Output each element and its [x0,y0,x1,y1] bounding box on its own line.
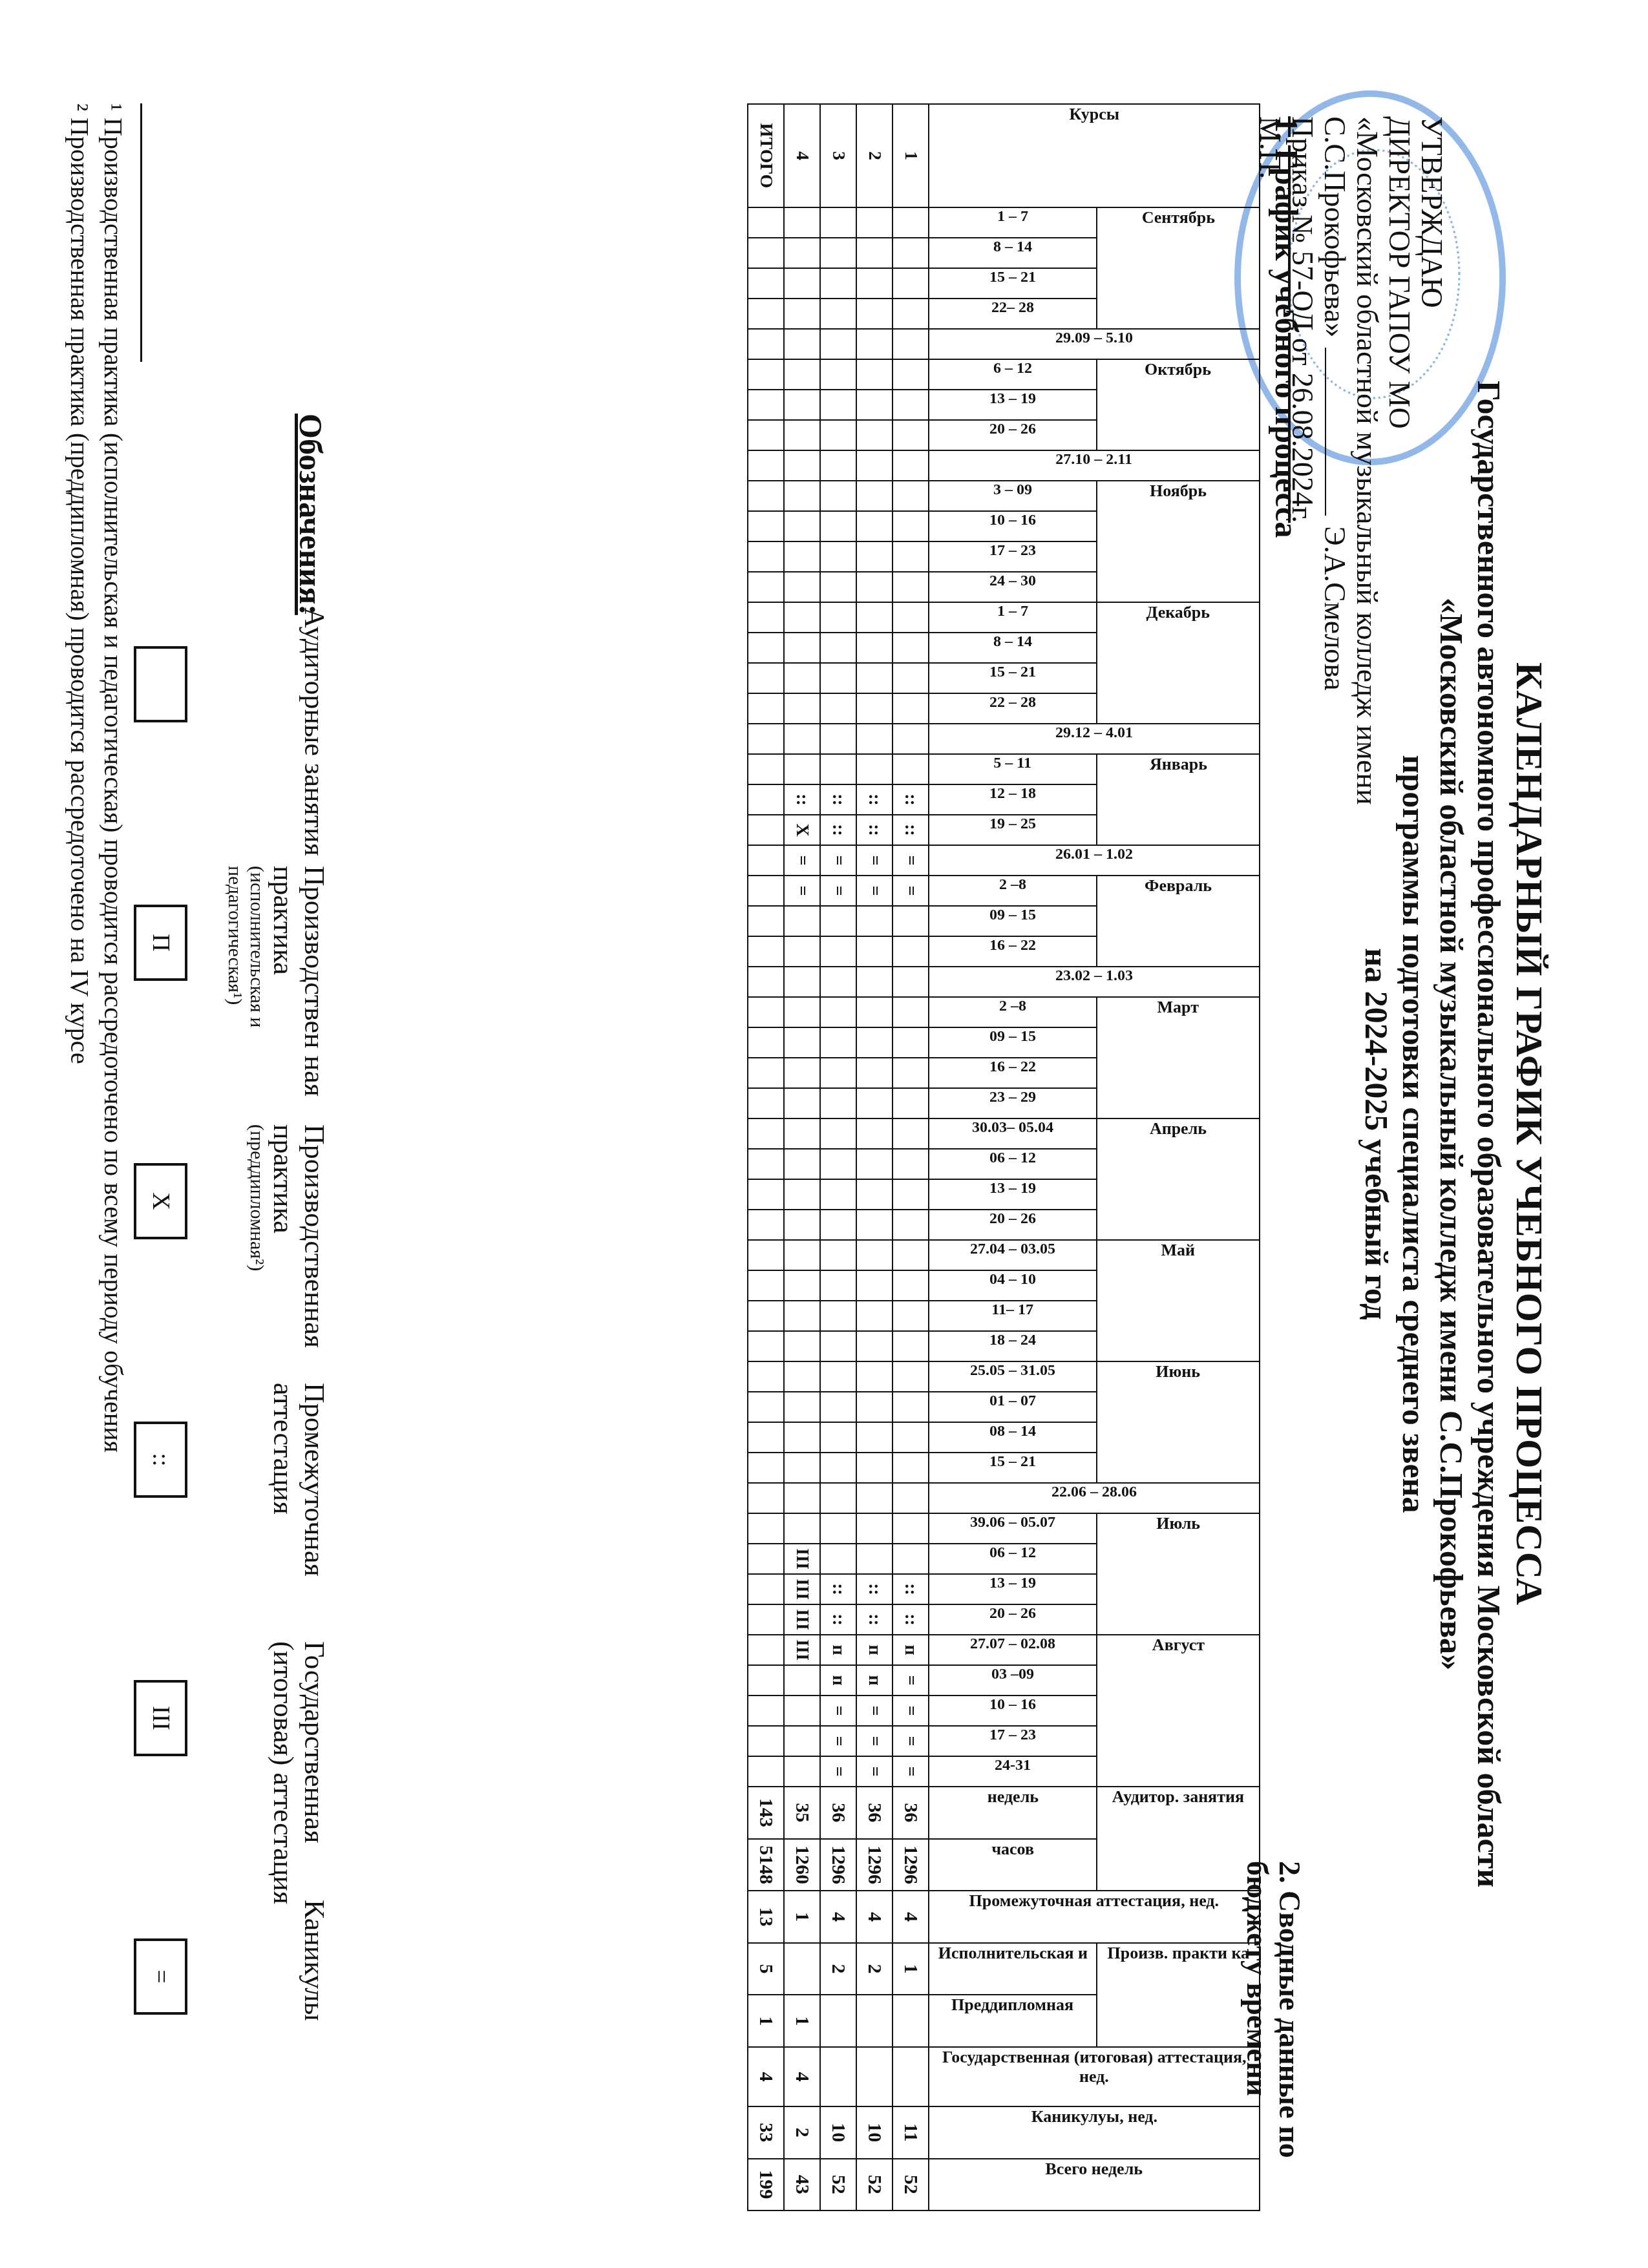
week-header: 18 – 24 [929,1331,1097,1361]
schedule-cell [748,1574,784,1604]
footnote: ² Производственная практика (преддипломн… [63,103,96,1453]
subtitle-line: Государственного автономного профессиона… [1470,0,1508,2268]
schedule-cell [893,724,929,754]
schedule-cell [893,238,929,268]
week-label: 29.12 – 4.01 [1055,724,1133,742]
week-label: 27.10 – 2.11 [1056,451,1133,468]
summary-value: 52 [856,2159,893,2211]
document-title: КАЛЕНДАРНЫЙ ГРАФИК УЧЕБНОГО ПРОЦЕССА [1508,0,1551,2268]
month-header: Ноябрь [1097,481,1260,602]
schedule-cell: :: [820,1604,856,1635]
schedule-cell [784,450,820,481]
schedule-cell [748,876,784,906]
schedule-cell [784,602,820,633]
schedule-cell [856,1210,893,1240]
schedule-cell [784,1453,820,1483]
schedule-cell [893,633,929,663]
schedule-cell: = [893,876,929,906]
week-header: 20 – 26 [929,420,1097,450]
schedule-cell [893,1149,929,1179]
course-row: 3::::==::::пп===361296421052 [820,104,856,2210]
schedule-cell [748,754,784,784]
schedule-cell [820,997,856,1027]
schedule-cell: = [784,876,820,906]
summary-value: 1260 [784,1839,820,1891]
schedule-cell [856,1422,893,1453]
schedule-cell [748,1696,784,1726]
summary-value: 36 [856,1787,893,1839]
schedule-cell [748,207,784,238]
schedule-cell: = [856,1756,893,1787]
schedule-cell [748,906,784,936]
summary-col-header: недель [929,1787,1097,1839]
footnote-divider [140,103,142,362]
schedule-cell [856,329,893,359]
month-header: Январь [1097,754,1260,845]
summary-value: 2 [820,1943,856,1995]
schedule-cell [748,1665,784,1696]
week-header: 39.06 – 05.07 [929,1513,1097,1544]
summary-col-header: Промежуточная аттестация, нед. [929,1891,1260,1943]
schedule-cell [748,1422,784,1453]
summary-value: 5 [748,1943,784,1995]
approval-signature-line: С.С.Прокофьева»Э.А.Смелова [1318,116,1351,805]
schedule-cell [784,1301,820,1331]
schedule-cell [820,906,856,936]
schedule-cell [893,268,929,299]
summary-value: 33 [748,2106,784,2159]
schedule-cell [784,390,820,420]
schedule-cell [820,268,856,299]
schedule-cell [820,663,856,693]
legend-label: Государственная (итоговая) аттестация [268,1641,330,1904]
schedule-cell [748,299,784,329]
schedule-cell [856,1240,893,1270]
schedule-cell [856,1118,893,1149]
summary-value: 35 [784,1787,820,1839]
schedule-cell [748,602,784,633]
summary-value [893,2047,929,2106]
schedule-cell [893,1240,929,1270]
approval-line: ДИРЕКТОР ГАПОУ МО [1383,116,1415,805]
schedule-cell [748,936,784,967]
schedule-cell [784,511,820,541]
signer-name: Э.А.Смелова [1318,526,1351,690]
schedule-cell [784,754,820,784]
schedule-cell [748,450,784,481]
schedule-cell [893,967,929,997]
schedule-cell [856,754,893,784]
week-header: 20 – 26 [929,1604,1097,1635]
schedule-cell [856,207,893,238]
legend-item: Промежуточная аттестация [268,1383,330,1667]
schedule-cell [748,1604,784,1635]
schedule-cell: :: [784,784,820,815]
schedule-cell [784,693,820,724]
schedule-cell: = [856,1726,893,1756]
week-header: 23 – 29 [929,1088,1097,1118]
summary-value: 2 [784,2106,820,2159]
schedule-cell [784,936,820,967]
total-row: ИТОГО14351481351433199 [748,104,784,2210]
schedule-cell [893,1027,929,1058]
month-label: Январь [1150,755,1207,774]
schedule-cell: = [893,1726,929,1756]
schedule-cell [820,511,856,541]
legend-item: Аудиторные занятия [299,607,330,892]
legend-label: Производственная практика [268,1124,330,1348]
week-header: 09 – 15 [929,906,1097,936]
summary-value: 2 [856,1943,893,1995]
schedule-cell [748,359,784,390]
summary-value: 1 [748,1995,784,2047]
schedule-cell [820,1270,856,1301]
schedule-cell [820,1453,856,1483]
schedule-cell [893,1483,929,1513]
month-label: Апрель [1150,1119,1207,1139]
schedule-cell [856,541,893,572]
schedule-cell [820,1361,856,1392]
summary-value: 36 [820,1787,856,1839]
summary-value: 52 [820,2159,856,2211]
schedule-cell [748,390,784,420]
schedule-cell [856,1301,893,1331]
week-header: 10 – 16 [929,1696,1097,1726]
footnote: ¹ Производственная практика (исполнитель… [96,103,130,1453]
schedule-cell: III [784,1635,820,1665]
schedule-cell [784,1331,820,1361]
course-label: ИТОГО [748,104,784,207]
schedule-cell [893,299,929,329]
schedule-cell: :: [893,784,929,815]
schedule-cell [748,1118,784,1149]
schedule-cell [893,511,929,541]
schedule-cell: = [856,876,893,906]
schedule-cell [784,481,820,511]
week-header: 01 – 07 [929,1392,1097,1422]
schedule-cell [893,329,929,359]
schedule-cell [893,936,929,967]
summary-col-header: Всего недель [929,2159,1260,2211]
week-header: 13 – 19 [929,390,1097,420]
schedule-cell: = [784,845,820,876]
schedule-cell [748,329,784,359]
schedule-cell [820,1210,856,1240]
summary-value: 1296 [893,1839,929,1891]
schedule-cell [748,1058,784,1088]
schedule-cell [820,1179,856,1210]
schedule-cell [856,997,893,1027]
summary-group-practice: Произв. практи ка [1097,1943,1260,2047]
month-label: Декабрь [1146,603,1210,622]
schedule-cell: п [856,1665,893,1696]
schedule-cell: III [784,1574,820,1604]
schedule-cell: = [820,1696,856,1726]
schedule-cell [856,967,893,997]
schedule-cell [748,815,784,845]
summary-value [856,1995,893,2047]
week-header: 13 – 19 [929,1574,1097,1604]
schedule-cell [748,1756,784,1787]
schedule-cell [820,390,856,420]
schedule-cell [856,481,893,511]
schedule-cell [856,1331,893,1361]
schedule-cell [893,1331,929,1361]
schedule-cell [820,693,856,724]
schedule-cell [748,1726,784,1756]
schedule-cell: = [820,876,856,906]
summary-value: 10 [856,2106,893,2159]
summary-value: 4 [784,2047,820,2106]
schedule-cell [784,1210,820,1240]
week-header: 06 – 12 [929,1544,1097,1574]
schedule-cell [893,1544,929,1574]
transition-week-header: 23.02 – 1.03 [929,967,1260,997]
legend-label: Каникулы [299,1900,330,2021]
footnotes: ¹ Производственная практика (исполнитель… [63,103,142,1453]
schedule-cell [784,1270,820,1301]
summary-group-auditory: Аудитор. занятия [1097,1787,1260,1891]
month-label: Февраль [1145,876,1212,896]
course-label: 1 [893,104,929,207]
schedule-cell [856,1149,893,1179]
schedule-cell [748,633,784,663]
schedule-cell: :: [893,1604,929,1635]
schedule-cell [856,693,893,724]
schedule-cell [820,754,856,784]
schedule-cell [893,1392,929,1422]
week-header: 27.04 – 03.05 [929,1240,1097,1270]
schedule-cell [893,1422,929,1453]
summary-value [820,2047,856,2106]
schedule-cell [856,238,893,268]
legend-label: Производствен ная практика [268,866,330,1097]
schedule-cell [784,1392,820,1422]
week-header: 5 – 11 [929,754,1097,784]
schedule-cell [784,1179,820,1210]
schedule-cell [748,1635,784,1665]
week-header: 16 – 22 [929,936,1097,967]
schedule-cell [784,1118,820,1149]
month-label: Июль [1156,1514,1200,1533]
schedule-cell [748,967,784,997]
schedule-cell [748,481,784,511]
schedule-cell [748,997,784,1027]
summary-col-header: Исполнительская и [929,1943,1097,1995]
schedule-cell [784,207,820,238]
schedule-cell [784,238,820,268]
schedule-cell [893,1058,929,1088]
schedule-cell [748,1270,784,1301]
summary-value: 10 [820,2106,856,2159]
schedule-table: КурсыСентябрь29.09 – 5.10Октябрь27.10 – … [747,103,1260,2211]
week-label: 22.06 – 28.06 [1051,1484,1137,1501]
week-label: 29.09 – 5.10 [1055,330,1133,347]
legend-heading: Обозначения: [292,414,330,615]
schedule-cell [856,724,893,754]
schedule-cell [893,207,929,238]
month-header: Октябрь [1097,359,1260,450]
schedule-cell [748,1453,784,1483]
schedule-cell: :: [820,1574,856,1604]
month-header: Июль [1097,1513,1260,1635]
schedule-cell [748,1483,784,1513]
schedule-cell [856,359,893,390]
schedule-cell [856,663,893,693]
schedule-cell [820,1544,856,1574]
summary-value: 4 [893,1891,929,1943]
schedule-cell [784,299,820,329]
legend-item: Производствен ная практика(исполнительск… [224,866,330,1150]
schedule-cell [784,1058,820,1088]
schedule-cell [784,572,820,602]
schedule-cell [820,481,856,511]
summary-col-header: часов [929,1839,1097,1891]
schedule-cell [784,1027,820,1058]
schedule-cell [893,481,929,511]
schedule-cell [856,1088,893,1118]
schedule-cell [856,936,893,967]
schedule-cell [784,906,820,936]
schedule-cell [748,572,784,602]
schedule-cell: = [856,1696,893,1726]
legend-symbol-box: = [134,1938,187,2015]
week-header: 10 – 16 [929,511,1097,541]
schedule-cell [748,1331,784,1361]
approval-line: УТВЕРЖДАЮ [1415,116,1448,805]
month-header: Август [1097,1635,1260,1787]
summary-value [856,2047,893,2106]
week-header: 15 – 21 [929,1453,1097,1483]
summary-value: 4 [748,2047,784,2106]
schedule-cell [820,602,856,633]
summary-value: 4 [820,1891,856,1943]
schedule-cell [856,602,893,633]
schedule-cell [820,299,856,329]
week-header: 17 – 23 [929,541,1097,572]
approval-line: «Московский областной музыкальный коллед… [1351,116,1383,805]
week-header: 22– 28 [929,299,1097,329]
schedule-cell [784,633,820,663]
schedule-cell: III [784,1604,820,1635]
schedule-cell [748,1513,784,1544]
schedule-cell [856,1453,893,1483]
month-label: Сентябрь [1141,208,1214,227]
month-header: Июнь [1097,1361,1260,1483]
schedule-cell: :: [893,1574,929,1604]
schedule-cell [748,1240,784,1270]
schedule-cell [784,997,820,1027]
schedule-cell [784,724,820,754]
summary-value: 43 [784,2159,820,2211]
schedule-cell [748,1361,784,1392]
schedule-cell: п [820,1635,856,1665]
schedule-cell [893,602,929,633]
schedule-cell [856,450,893,481]
schedule-cell [856,1513,893,1544]
schedule-cell [784,541,820,572]
month-header: Апрель [1097,1118,1260,1240]
schedule-cell [784,1696,820,1726]
month-label: Октябрь [1145,360,1212,379]
course-row: 4::Х==IIIIIIIIIIII351260114243 [784,104,820,2210]
schedule-cell [820,207,856,238]
schedule-cell [893,663,929,693]
week-header: 1 – 7 [929,602,1097,633]
month-label: Март [1157,998,1199,1017]
week-header: 30.03– 05.04 [929,1118,1097,1149]
schedule-cell [820,1058,856,1088]
schedule-cell [820,572,856,602]
summary-col-header: Государственная (итоговая) аттестация, н… [929,2047,1260,2106]
course-label: 2 [856,104,893,207]
legend-note: (преддипломная²) [246,1124,268,1409]
week-header: 03 –09 [929,1665,1097,1696]
schedule-cell [784,1756,820,1787]
schedule-cell [856,1270,893,1301]
schedule-cell [748,268,784,299]
course-label: 3 [820,104,856,207]
schedule-cell [893,1361,929,1392]
schedule-cell [820,1118,856,1149]
summary-value: 1296 [856,1839,893,1891]
course-row: 2::::==::::пп===361296421052 [856,104,893,2210]
schedule-cell [748,420,784,450]
summary-value: 13 [748,1891,784,1943]
week-header: 1 – 7 [929,207,1097,238]
schedule-cell [820,450,856,481]
schedule-cell [784,1726,820,1756]
schedule-cell: Х [784,815,820,845]
schedule-cell [784,1361,820,1392]
week-header: 8 – 14 [929,238,1097,268]
summary-value: 199 [748,2159,784,2211]
schedule-cell [893,906,929,936]
schedule-cell [893,1088,929,1118]
week-header: 20 – 26 [929,1210,1097,1240]
week-header: 08 – 14 [929,1422,1097,1453]
schedule-cell [893,572,929,602]
summary-value: 1 [893,1943,929,1995]
schedule-cell [784,1513,820,1544]
schedule-cell: = [820,845,856,876]
schedule-cell [820,1392,856,1422]
schedule-cell [893,1513,929,1544]
schedule-cell: :: [856,1604,893,1635]
schedule-cell [893,1270,929,1301]
schedule-cell [748,1088,784,1118]
transition-week-header: 29.09 – 5.10 [929,329,1260,359]
schedule-cell: :: [820,815,856,845]
summary-value: 52 [893,2159,929,2211]
schedule-cell [820,1088,856,1118]
schedule-cell [748,1149,784,1179]
summary-value: 4 [856,1891,893,1943]
schedule-cell [748,1301,784,1331]
schedule-cell: п [893,1635,929,1665]
month-header: Март [1097,997,1260,1118]
schedule-cell: :: [893,815,929,845]
schedule-cell [820,936,856,967]
schedule-cell [820,359,856,390]
week-header: 3 – 09 [929,481,1097,511]
schedule-cell [856,906,893,936]
schedule-cell: = [893,1756,929,1787]
schedule-cell [856,1361,893,1392]
week-header: 16 – 22 [929,1058,1097,1088]
summary-value: 143 [748,1787,784,1839]
schedule-cell [784,420,820,450]
